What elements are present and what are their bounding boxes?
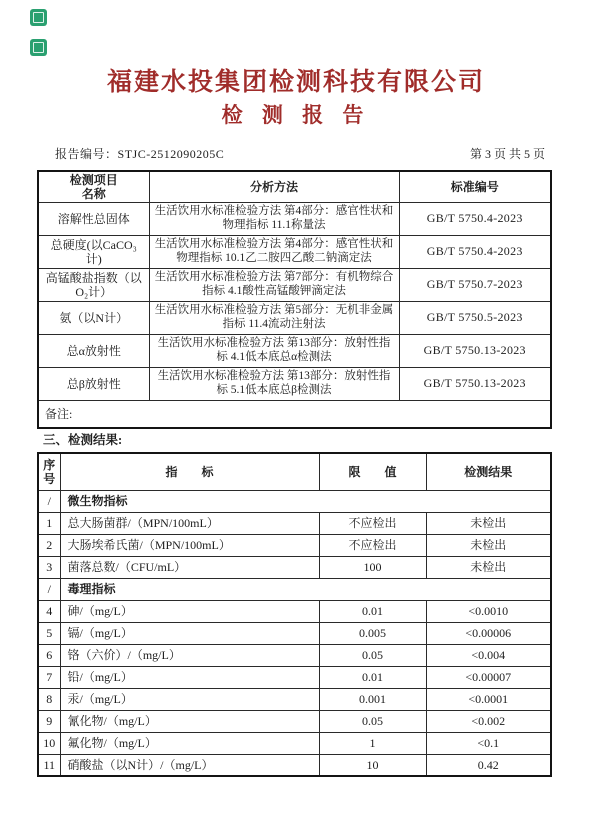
row-number-cell: 6 <box>38 644 60 666</box>
report-meta: 报告编号：STJC-2512090205C 第 3 页 共 5 页 <box>55 145 545 162</box>
table-row: 6 铬（六价）/（mg/L） 0.05 <0.004 <box>38 644 551 666</box>
row-number-cell: 3 <box>38 556 60 578</box>
row-number-cell: 5 <box>38 622 60 644</box>
standard-cell: GB/T 5750.13-2023 <box>399 367 551 400</box>
standard-cell: GB/T 5750.4-2023 <box>399 235 551 268</box>
report-number-value: STJC-2512090205C <box>118 147 225 161</box>
limit-cell: 不应检出 <box>319 534 426 556</box>
row-number-cell: 4 <box>38 600 60 622</box>
remark-row: 备注: <box>38 400 551 428</box>
table-row: 总硬度(以CaCO₃计) 生活饮用水标准检验方法 第4部分：感官性状和物理指标 … <box>38 235 551 268</box>
table-row: 总α放射性 生活饮用水标准检验方法 第13部分：放射性指标 4.1低本底总α检测… <box>38 334 551 367</box>
category-row: / 毒理指标 <box>38 578 551 600</box>
row-number-cell: 7 <box>38 666 60 688</box>
methods-table: 检测项目 名称 分析方法 标准编号 溶解性总固体 生活饮用水标准检验方法 第4部… <box>37 170 552 429</box>
standard-cell: GB/T 5750.13-2023 <box>399 334 551 367</box>
limit-cell: 10 <box>319 754 426 776</box>
results-table: 序 号 指 标 限 值 检测结果 / 微生物指标 1 总大肠菌群/（MPN/10… <box>37 452 552 777</box>
limit-cell: 0.01 <box>319 600 426 622</box>
methods-table-wrapper: 检测项目 名称 分析方法 标准编号 溶解性总固体 生活饮用水标准检验方法 第4部… <box>37 170 550 429</box>
header-standard-number: 标准编号 <box>399 171 551 202</box>
result-cell: <0.004 <box>426 644 551 666</box>
limit-cell: 0.05 <box>319 644 426 666</box>
limit-cell: 1 <box>319 732 426 754</box>
limit-cell: 100 <box>319 556 426 578</box>
category-cell: 毒理指标 <box>60 578 551 600</box>
method-cell: 生活饮用水标准检验方法 第7部分：有机物综合指标 4.1酸性高锰酸钾滴定法 <box>149 268 399 301</box>
item-cell: 总硬度(以CaCO₃计) <box>38 235 149 268</box>
result-cell: <0.1 <box>426 732 551 754</box>
header-analysis-method: 分析方法 <box>149 171 399 202</box>
row-number-cell: 9 <box>38 710 60 732</box>
table-row: 1 总大肠菌群/（MPN/100mL） 不应检出 未检出 <box>38 512 551 534</box>
result-cell: <0.0001 <box>426 688 551 710</box>
table-row: 10 氟化物/（mg/L） 1 <0.1 <box>38 732 551 754</box>
indicator-cell: 砷/（mg/L） <box>60 600 319 622</box>
result-cell: <0.00006 <box>426 622 551 644</box>
company-name: 福建水投集团检测科技有限公司 <box>0 62 592 98</box>
category-cell: 微生物指标 <box>60 490 551 512</box>
header-item-line1: 检测项目 <box>43 173 145 187</box>
standard-cell: GB/T 5750.4-2023 <box>399 202 551 235</box>
row-number-cell: 2 <box>38 534 60 556</box>
table-row: 2 大肠埃希氏菌/（MPN/100mL） 不应检出 未检出 <box>38 534 551 556</box>
seal-icon-inner <box>33 12 44 23</box>
header-serial-line1: 序 <box>43 458 56 472</box>
indicator-cell: 大肠埃希氏菌/（MPN/100mL） <box>60 534 319 556</box>
header-limit: 限 值 <box>319 453 426 490</box>
row-number-cell: / <box>38 490 60 512</box>
result-cell: <0.00007 <box>426 666 551 688</box>
report-page: 福建水投集团检测科技有限公司 检 测 报 告 报告编号：STJC-2512090… <box>0 0 592 834</box>
header-item-name: 检测项目 名称 <box>38 171 149 202</box>
result-cell: 未检出 <box>426 556 551 578</box>
limit-cell: 不应检出 <box>319 512 426 534</box>
method-cell: 生活饮用水标准检验方法 第5部分：无机非金属指标 11.4流动注射法 <box>149 301 399 334</box>
table-row: 3 菌落总数/（CFU/mL） 100 未检出 <box>38 556 551 578</box>
report-number-label: 报告编号： <box>55 147 118 161</box>
table-row: 7 铅/（mg/L） 0.01 <0.00007 <box>38 666 551 688</box>
seal-icon-inner <box>33 42 44 53</box>
result-cell: 0.42 <box>426 754 551 776</box>
standard-cell: GB/T 5750.5-2023 <box>399 301 551 334</box>
item-cell: 高锰酸盐指数（以O₂计） <box>38 268 149 301</box>
document-title: 检 测 报 告 <box>0 99 592 129</box>
method-cell: 生活饮用水标准检验方法 第13部分：放射性指标 4.1低本底总α检测法 <box>149 334 399 367</box>
indicator-cell: 氰化物/（mg/L） <box>60 710 319 732</box>
indicator-cell: 铬（六价）/（mg/L） <box>60 644 319 666</box>
results-table-header-row: 序 号 指 标 限 值 检测结果 <box>38 453 551 490</box>
result-cell: 未检出 <box>426 534 551 556</box>
table-row: 氨（以N计） 生活饮用水标准检验方法 第5部分：无机非金属指标 11.4流动注射… <box>38 301 551 334</box>
result-cell: 未检出 <box>426 512 551 534</box>
header-result: 检测结果 <box>426 453 551 490</box>
methods-table-header-row: 检测项目 名称 分析方法 标准编号 <box>38 171 551 202</box>
indicator-cell: 菌落总数/（CFU/mL） <box>60 556 319 578</box>
indicator-cell: 镉/（mg/L） <box>60 622 319 644</box>
section-heading-results: 三、检测结果: <box>37 429 550 452</box>
seal-icon <box>30 9 47 26</box>
header-item-line2: 名称 <box>43 187 145 201</box>
category-row: / 微生物指标 <box>38 490 551 512</box>
table-row: 8 汞/（mg/L） 0.001 <0.0001 <box>38 688 551 710</box>
indicator-cell: 铅/（mg/L） <box>60 666 319 688</box>
header-indicator: 指 标 <box>60 453 319 490</box>
method-cell: 生活饮用水标准检验方法 第4部分：感官性状和物理指标 10.1乙二胺四乙酸二钠滴… <box>149 235 399 268</box>
row-number-cell: 8 <box>38 688 60 710</box>
standard-cell: GB/T 5750.7-2023 <box>399 268 551 301</box>
table-row: 溶解性总固体 生活饮用水标准检验方法 第4部分：感官性状和物理指标 11.1称量… <box>38 202 551 235</box>
indicator-cell: 总大肠菌群/（MPN/100mL） <box>60 512 319 534</box>
item-cell: 氨（以N计） <box>38 301 149 334</box>
method-cell: 生活饮用水标准检验方法 第4部分：感官性状和物理指标 11.1称量法 <box>149 202 399 235</box>
row-number-cell: 1 <box>38 512 60 534</box>
limit-cell: 0.01 <box>319 666 426 688</box>
limit-cell: 0.001 <box>319 688 426 710</box>
result-cell: <0.0010 <box>426 600 551 622</box>
table-row: 9 氰化物/（mg/L） 0.05 <0.002 <box>38 710 551 732</box>
method-cell: 生活饮用水标准检验方法 第13部分：放射性指标 5.1低本底总β检测法 <box>149 367 399 400</box>
indicator-cell: 硝酸盐（以N计）/（mg/L） <box>60 754 319 776</box>
results-table-wrapper: 序 号 指 标 限 值 检测结果 / 微生物指标 1 总大肠菌群/（MPN/10… <box>37 452 550 777</box>
limit-cell: 0.005 <box>319 622 426 644</box>
table-row: 4 砷/（mg/L） 0.01 <0.0010 <box>38 600 551 622</box>
table-row: 高锰酸盐指数（以O₂计） 生活饮用水标准检验方法 第7部分：有机物综合指标 4.… <box>38 268 551 301</box>
limit-cell: 0.05 <box>319 710 426 732</box>
table-row: 5 镉/（mg/L） 0.005 <0.00006 <box>38 622 551 644</box>
item-cell: 溶解性总固体 <box>38 202 149 235</box>
table-row: 总β放射性 生活饮用水标准检验方法 第13部分：放射性指标 5.1低本底总β检测… <box>38 367 551 400</box>
header-serial-number: 序 号 <box>38 453 60 490</box>
indicator-cell: 氟化物/（mg/L） <box>60 732 319 754</box>
indicator-cell: 汞/（mg/L） <box>60 688 319 710</box>
page-number: 第 3 页 共 5 页 <box>470 145 545 162</box>
header-serial-line2: 号 <box>43 472 56 486</box>
row-number-cell: 11 <box>38 754 60 776</box>
seal-icon <box>30 39 47 56</box>
row-number-cell: 10 <box>38 732 60 754</box>
row-number-cell: / <box>38 578 60 600</box>
table-row: 11 硝酸盐（以N计）/（mg/L） 10 0.42 <box>38 754 551 776</box>
remark-cell: 备注: <box>38 400 551 428</box>
item-cell: 总β放射性 <box>38 367 149 400</box>
item-cell: 总α放射性 <box>38 334 149 367</box>
report-number: 报告编号：STJC-2512090205C <box>55 145 224 162</box>
result-cell: <0.002 <box>426 710 551 732</box>
